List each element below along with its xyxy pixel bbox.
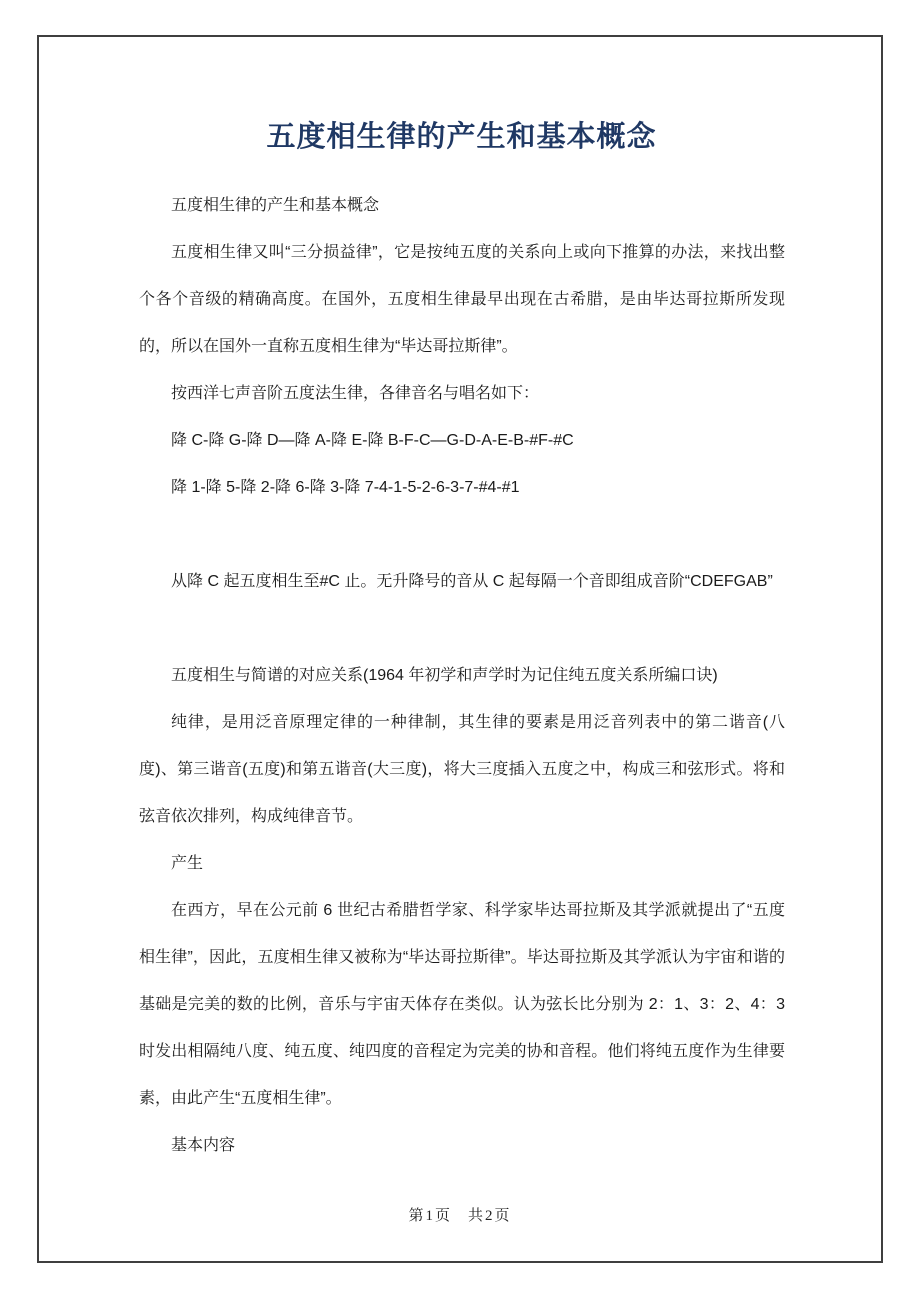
paragraph: 纯律，是用泛音原理定律的一种律制，其生律的要素是用泛音列表中的第二谐音(八度)、… (139, 699, 785, 840)
document-body: 五度相生律的产生和基本概念五度相生律又叫“三分损益律”，它是按纯五度的关系向上或… (139, 182, 785, 1169)
paragraph: 基本内容 (139, 1122, 785, 1169)
paragraph: 降 C-降 G-降 D—降 A-降 E-降 B-F-C—G-D-A-E-B-#F… (139, 417, 785, 464)
blank-line (139, 511, 785, 558)
page-number: 第1页 (408, 1204, 452, 1225)
paragraph: 五度相生律又叫“三分损益律”，它是按纯五度的关系向上或向下推算的办法，来找出整个… (139, 229, 785, 370)
page-frame: 五度相生律的产生和基本概念 五度相生律的产生和基本概念五度相生律又叫“三分损益律… (37, 35, 883, 1263)
paragraph: 在西方，早在公元前 6 世纪古希腊哲学家、科学家毕达哥拉斯及其学派就提出了“五度… (139, 887, 785, 1122)
paragraph: 五度相生与简谱的对应关系(1964 年初学和声学时为记住纯五度关系所编口诀) (139, 652, 785, 699)
paragraph: 五度相生律的产生和基本概念 (139, 182, 785, 229)
paragraph: 从降 C 起五度相生至#C 止。无升降号的音从 C 起每隔一个音即组成音阶“CD… (139, 558, 785, 605)
paragraph: 按西洋七声音阶五度法生律，各律音名与唱名如下： (139, 370, 785, 417)
page-footer: 第1页 共2页 (39, 1204, 881, 1225)
page-total: 共2页 (468, 1204, 512, 1225)
paragraph: 降 1-降 5-降 2-降 6-降 3-降 7-4-1-5-2-6-3-7-#4… (139, 464, 785, 511)
paragraph: 产生 (139, 840, 785, 887)
blank-line (139, 605, 785, 652)
document-title: 五度相生律的产生和基本概念 (140, 119, 783, 156)
